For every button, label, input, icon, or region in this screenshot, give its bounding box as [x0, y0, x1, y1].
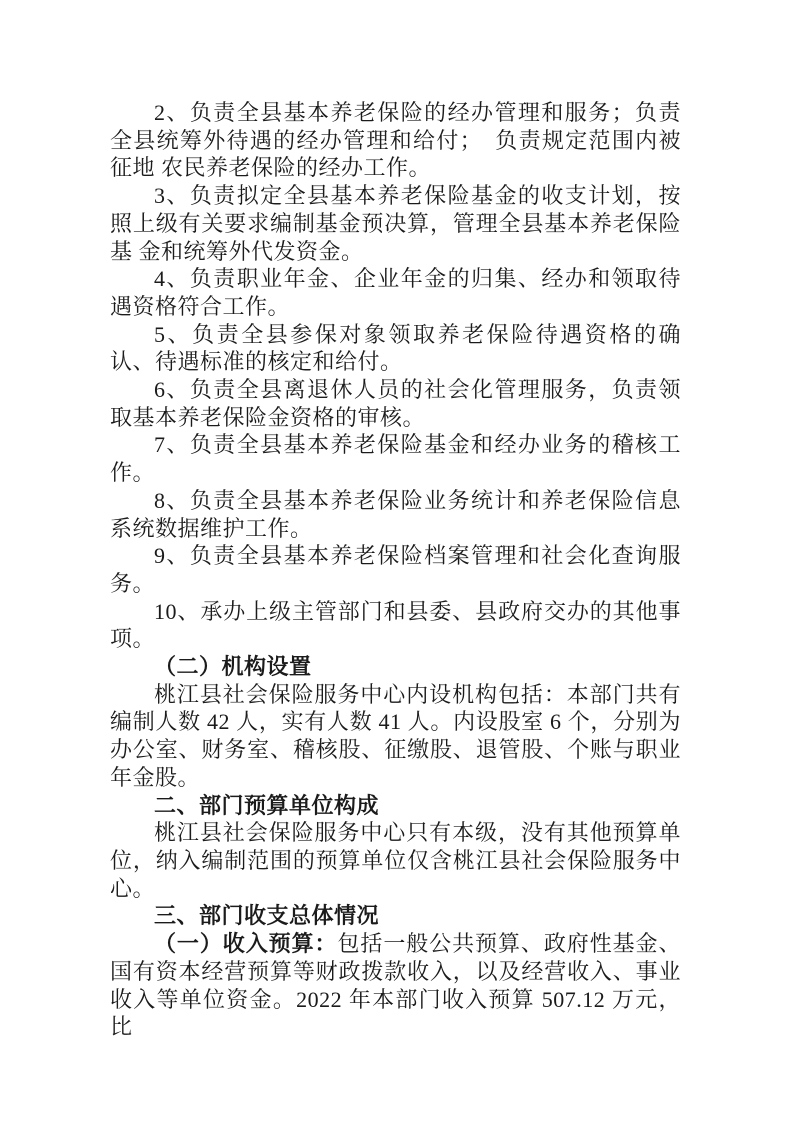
para-budget-units: 桃江县社会保险服务中心只有本级，没有其他预算单位，纳入编制范围的预算单位仅含桃江… — [110, 819, 681, 902]
para-duty-4: 4、负责职业年金、企业年金的归集、经办和领取待遇资格符合工作。 — [110, 265, 681, 320]
para-org-setup: 桃江县社会保险服务中心内设机构包括：本部门共有编制人数 42 人，实有人数 41… — [110, 681, 681, 792]
document-page: 2、负责全县基本养老保险的经办管理和服务；负责全县统筹外待遇的经办管理和给付； … — [0, 0, 793, 1122]
heading-overall-situation: 三、部门收支总体情况 — [110, 902, 681, 930]
income-budget-lead: （一）收入预算： — [154, 931, 337, 956]
para-duty-7: 7、负责全县基本养老保险基金和经办业务的稽核工作。 — [110, 431, 681, 486]
heading-org-setup: （二）机构设置 — [110, 653, 681, 681]
para-duty-6: 6、负责全县离退休人员的社会化管理服务，负责领取基本养老保险金资格的审核。 — [110, 376, 681, 431]
para-duty-5: 5、负责全县参保对象领取养老保险待遇资格的确认、待遇标准的核定和给付。 — [110, 321, 681, 376]
para-duty-2: 2、负责全县基本养老保险的经办管理和服务；负责全县统筹外待遇的经办管理和给付； … — [110, 99, 681, 182]
para-duty-9: 9、负责全县基本养老保险档案管理和社会化查询服务。 — [110, 542, 681, 597]
para-income-budget: （一）收入预算：包括一般公共预算、政府性基金、国有资本经营预算等财政拨款收入，以… — [110, 930, 681, 1041]
para-duty-10: 10、承办上级主管部门和县委、县政府交办的其他事项。 — [110, 598, 681, 653]
para-duty-8: 8、负责全县基本养老保险业务统计和养老保险信息系统数据维护工作。 — [110, 487, 681, 542]
para-duty-3: 3、负责拟定全县基本养老保险基金的收支计划，按照上级有关要求编制基金预决算，管理… — [110, 182, 681, 265]
heading-budget-units: 二、部门预算单位构成 — [110, 792, 681, 820]
